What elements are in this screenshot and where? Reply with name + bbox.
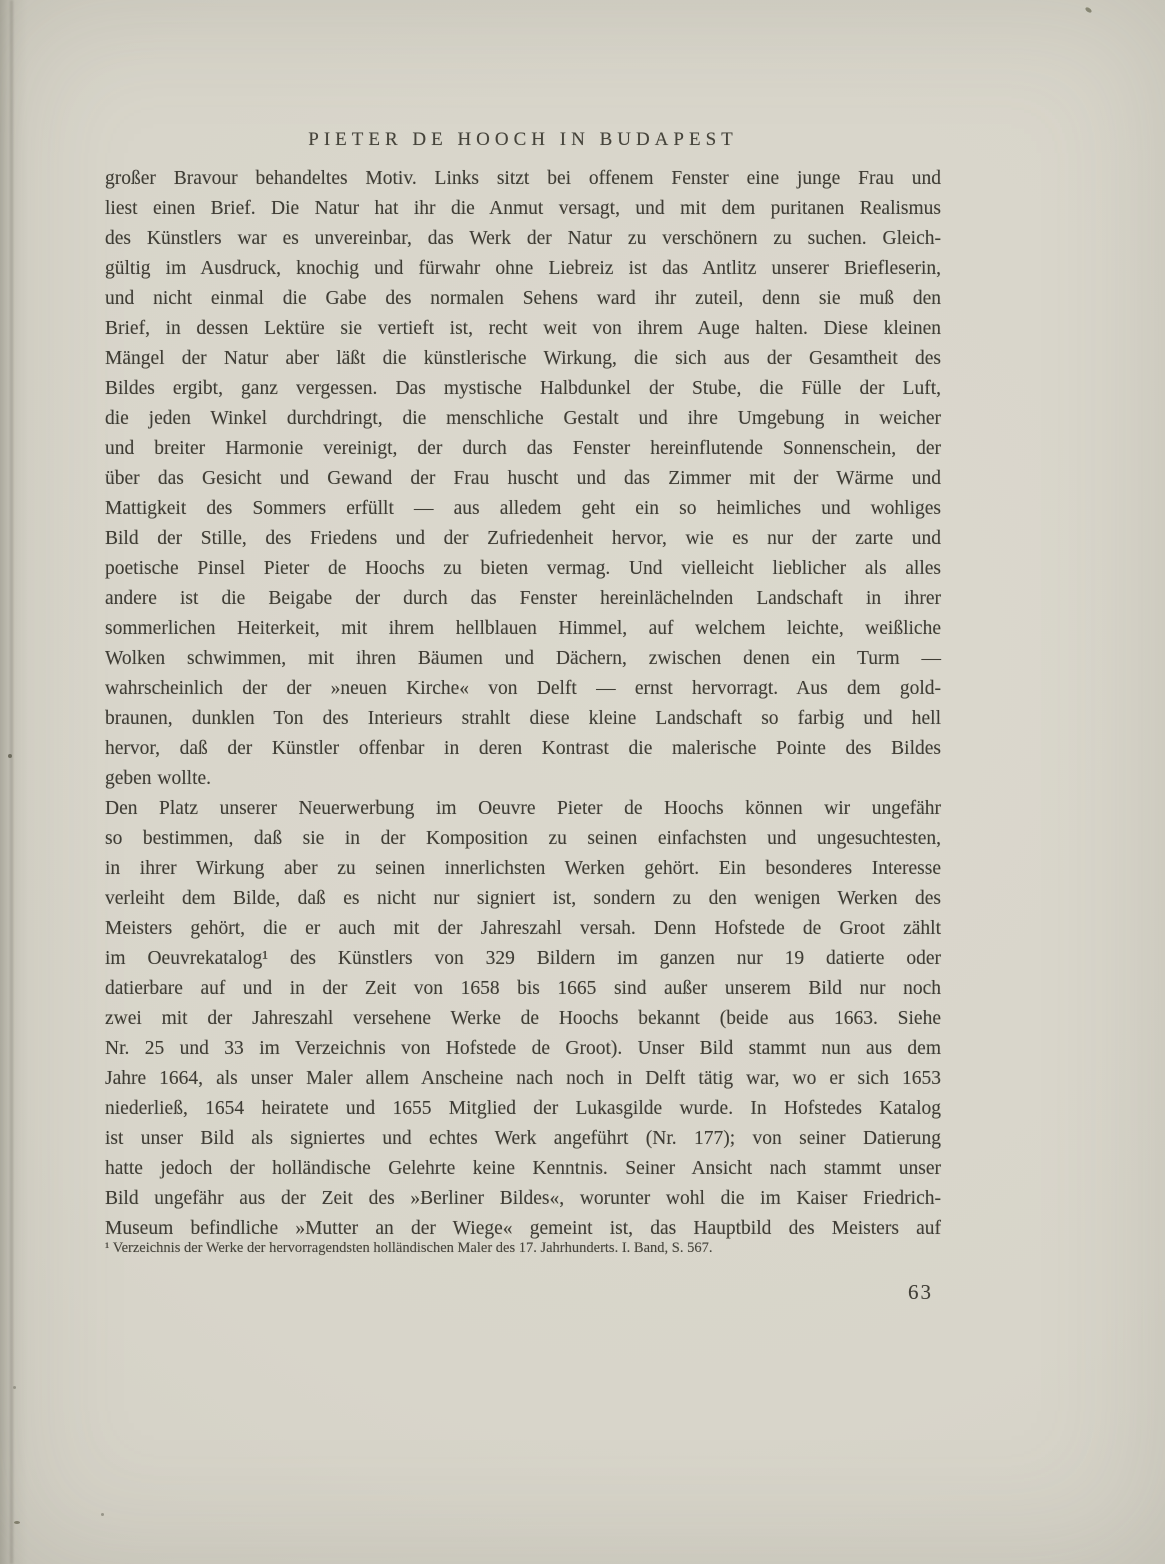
text-line: und nicht einmal die Gabe des normalen S…: [105, 284, 941, 314]
text-line: gültig im Ausdruck, knochig und fürwahr …: [105, 254, 941, 284]
text-line: über das Gesicht und Gewand der Frau hus…: [105, 464, 941, 494]
text-line: andere ist die Beigabe der durch das Fen…: [105, 584, 941, 614]
page-title: PIETER DE HOOCH IN BUDAPEST: [105, 129, 941, 151]
dust-speck: [101, 1513, 104, 1516]
text-line: geben wollte.: [105, 764, 941, 794]
text-line: datierbare auf und in der Zeit von 1658 …: [105, 974, 941, 1004]
footnote: ¹ Verzeichnis der Werke der hervorragend…: [105, 1240, 941, 1257]
text-line: in ihrer Wirkung aber zu seinen innerlic…: [105, 854, 941, 884]
text-line: liest einen Brief. Die Natur hat ihr die…: [105, 194, 941, 224]
text-line: Wolken schwimmen, mit ihren Bäumen und D…: [105, 644, 941, 674]
text-line: Jahre 1664, als unser Maler allem Ansche…: [105, 1064, 941, 1094]
text-line: Nr. 25 und 33 im Verzeichnis von Hofsted…: [105, 1034, 941, 1064]
page-number: 63: [908, 1280, 933, 1305]
text-line: großer Bravour behandeltes Motiv. Links …: [105, 164, 941, 194]
page-gutter-shadow: [0, 0, 28, 1564]
text-line: poetische Pinsel Pieter de Hoochs zu bie…: [105, 554, 941, 584]
text-line: braunen, dunklen Ton des Interieurs stra…: [105, 704, 941, 734]
text-line: des Künstlers war es unvereinbar, das We…: [105, 224, 941, 254]
text-line: Bildes ergibt, ganz vergessen. Das mysti…: [105, 374, 941, 404]
text-line: wahrscheinlich der der »neuen Kirche« vo…: [105, 674, 941, 704]
body-text: großer Bravour behandeltes Motiv. Links …: [105, 164, 941, 1244]
text-line: Meisters gehört, die er auch mit der Jah…: [105, 914, 941, 944]
text-line: niederließ, 1654 heiratete und 1655 Mitg…: [105, 1094, 941, 1124]
text-line: sommerlichen Heiterkeit, mit ihrem hellb…: [105, 614, 941, 644]
text-line: im Oeuvrekatalog¹ des Künstlers von 329 …: [105, 944, 941, 974]
text-line: Bild der Stille, des Friedens und der Zu…: [105, 524, 941, 554]
dust-speck: [14, 1521, 20, 1524]
text-line: verleiht dem Bilde, daß es nicht nur sig…: [105, 884, 941, 914]
dust-speck: [8, 754, 12, 758]
text-line: so bestimmen, daß sie in der Komposition…: [105, 824, 941, 854]
text-line: hervor, daß der Künstler offenbar in der…: [105, 734, 941, 764]
dust-speck: [1084, 6, 1092, 13]
text-line: zwei mit der Jahreszahl versehene Werke …: [105, 1004, 941, 1034]
text-line: Den Platz unserer Neuerwerbung im Oeuvre…: [105, 794, 941, 824]
text-line: Brief, in dessen Lektüre sie vertieft is…: [105, 314, 941, 344]
text-line: und breiter Harmonie vereinigt, der durc…: [105, 434, 941, 464]
text-line: Bild ungefähr aus der Zeit des »Berliner…: [105, 1184, 941, 1214]
dust-speck: [13, 1386, 16, 1389]
book-page: PIETER DE HOOCH IN BUDAPEST großer Bravo…: [0, 0, 1165, 1564]
text-line: hatte jedoch der holländische Gelehrte k…: [105, 1154, 941, 1184]
text-line: Mattigkeit des Sommers erfüllt — aus all…: [105, 494, 941, 524]
text-line: Mängel der Natur aber läßt die künstleri…: [105, 344, 941, 374]
text-line: ist unser Bild als signiertes und echtes…: [105, 1124, 941, 1154]
text-line: die jeden Winkel durchdringt, die mensch…: [105, 404, 941, 434]
